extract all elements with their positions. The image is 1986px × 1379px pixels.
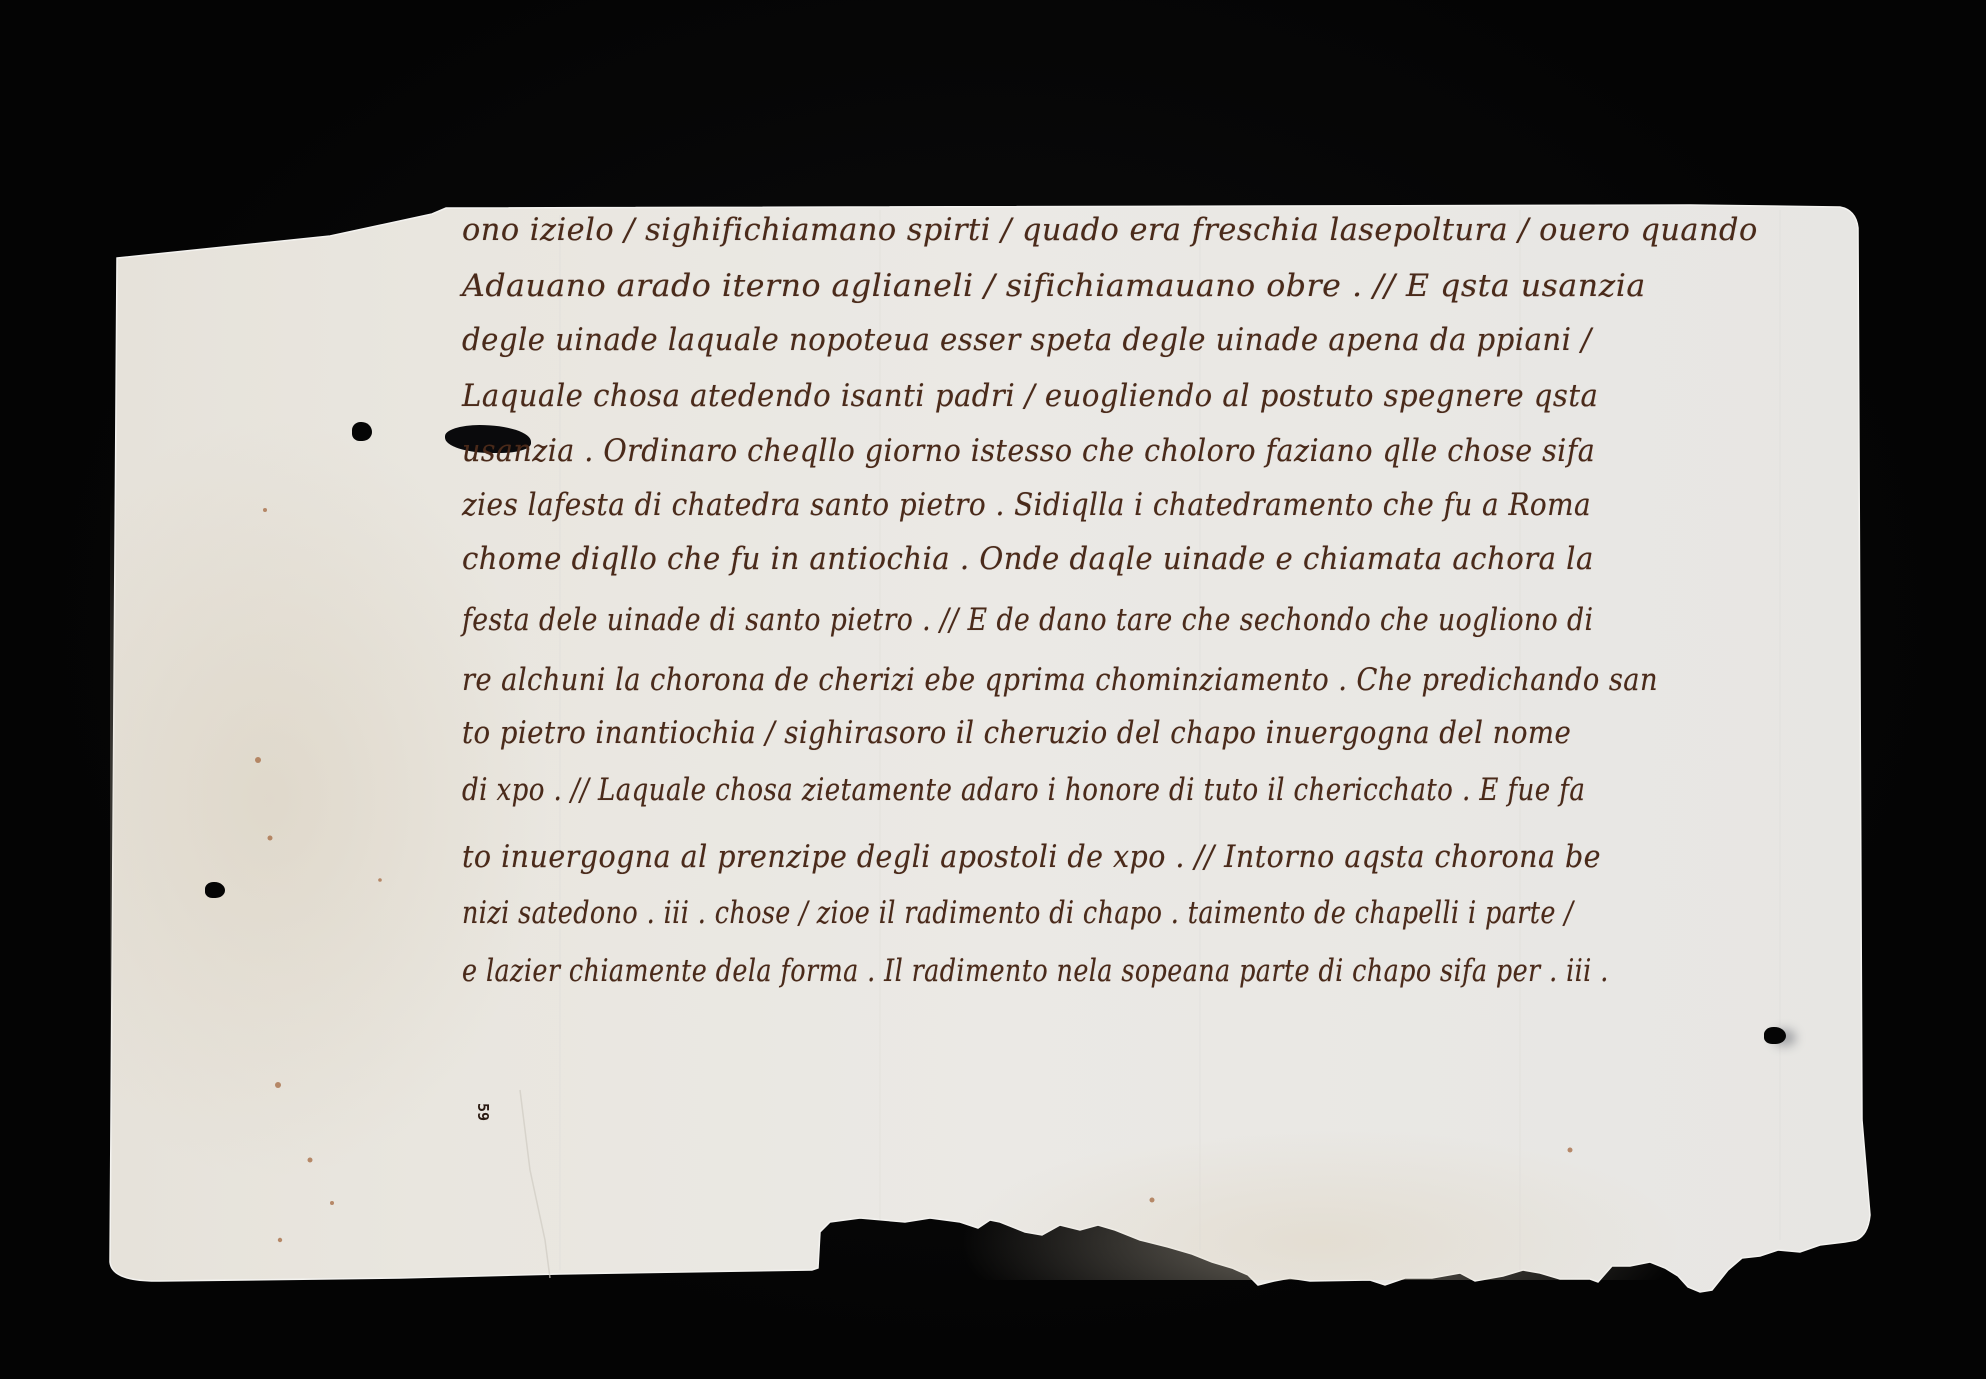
hole-left-small xyxy=(352,422,372,441)
text-line: e lazier chiamente dela forma . Il radim… xyxy=(462,953,1609,989)
text-line: festa dele uinade di santo pietro . // E… xyxy=(462,602,1593,638)
text-line: degle uinade laquale nopoteua esser spet… xyxy=(462,322,1591,358)
text-line: re alchuni la chorona de cherizi ebe qpr… xyxy=(462,662,1658,698)
photo-stage: 59 ono izielo / sighifichiamano spirti /… xyxy=(0,0,1986,1379)
text-line: Adauano arado iterno aglianeli / sifichi… xyxy=(462,268,1646,304)
text-line: usanzia . Ordinaro cheqllo giorno istess… xyxy=(462,433,1595,469)
text-line: zies lafesta di chatedra santo pietro . … xyxy=(462,487,1591,523)
text-line: to inuergogna al prenzipe degli apostoli… xyxy=(462,839,1601,875)
text-line: to pietro inantiochia / sighirasoro il c… xyxy=(462,715,1571,751)
text-line: Laquale chosa atedendo isanti padri / eu… xyxy=(462,378,1598,414)
hole-right-margin xyxy=(1764,1027,1786,1044)
text-line: di xpo . // Laquale chosa zietamente ada… xyxy=(462,772,1585,808)
folio-mark: 59 xyxy=(474,1103,492,1121)
hole-left-margin xyxy=(205,882,225,898)
text-line: nizi satedono . iii . chose / zioe il ra… xyxy=(462,895,1573,931)
text-line: chome diqllo che fu in antiochia . Onde … xyxy=(462,541,1594,577)
text-line: ono izielo / sighifichiamano spirti / qu… xyxy=(462,212,1758,248)
